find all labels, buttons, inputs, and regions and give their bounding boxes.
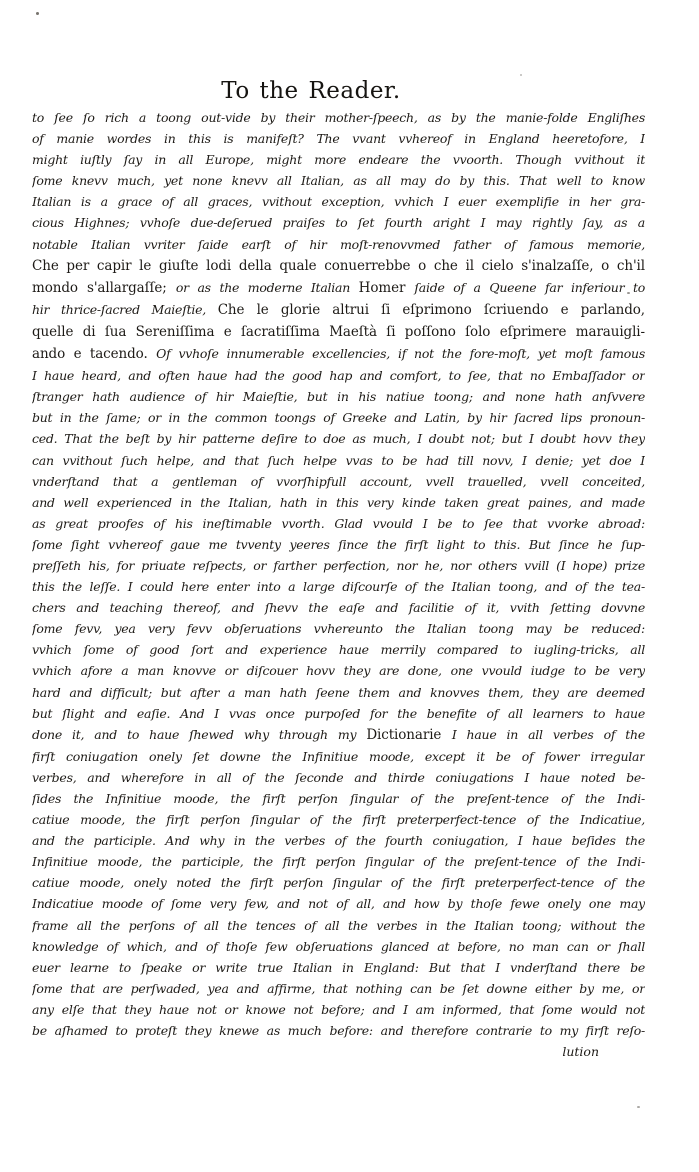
text-line: done it, and to haue ſhewed why through … (32, 724, 645, 746)
italic-text-segment: vvhich afore a man knovve or diſcouer ho… (32, 663, 645, 678)
text-line: knowledge of which, and of thoſe few obſ… (32, 936, 645, 957)
italic-text-segment: ſome ſight vvhereof gaue me tvventy yeer… (32, 537, 645, 552)
text-line: ſtranger hath audience of hir Maieſtie, … (32, 386, 645, 407)
italic-text-segment: Of vvhoſe innumerable excellencies, if n… (156, 346, 645, 361)
italic-text-segment: ced. That the beſt by hir patterne deſir… (32, 431, 645, 446)
text-line: Infinitiue moode, the participle, the fi… (32, 851, 645, 872)
italic-text-segment: catiue moode, onely noted the firſt perſ… (32, 875, 645, 890)
italic-text-segment: ſome knevv much, yet none knevv all Ital… (32, 173, 645, 188)
roman-text-segment: Homer (359, 280, 415, 296)
text-line: as great proofes of his ineſtimable vvor… (32, 513, 645, 534)
text-line: ſome knevv much, yet none knevv all Ital… (32, 170, 645, 191)
text-line: and well experienced in the Italian, hat… (32, 492, 645, 513)
text-line: ced. That the beſt by hir patterne deſir… (32, 428, 645, 449)
italic-text-segment: but in the ſame; or in the common toongs… (32, 410, 645, 425)
italic-text-segment: catiue moode, the firſt perſon ſingular … (32, 812, 645, 827)
italic-text-segment: frame all the perſons of all the tences … (32, 918, 645, 933)
text-line: any elſe that they haue not or knowe not… (32, 999, 645, 1020)
italic-text-segment: but ſlight and eaſie. And I vvas once pu… (32, 706, 645, 721)
italic-text-segment: firſt coniugation onely ſet downe the In… (32, 749, 645, 764)
text-line: euer learne to ſpeake or write true Ital… (32, 957, 645, 978)
text-line: preſſeth his, for priuate reſpects, or f… (32, 555, 645, 576)
text-line: ſome fevv, yea very fevv obſeruations vv… (32, 618, 645, 639)
text-line: ſome that are perſwaded, yea and affirme… (32, 978, 645, 999)
text-line: ſides the Infinitiue moode, the firſt pe… (32, 788, 645, 809)
text-line: Indicatiue moode of ſome very few, and n… (32, 893, 645, 914)
italic-text-segment: I haue in all verbes of the (452, 727, 645, 742)
scan-speck (637, 1106, 640, 1108)
italic-text-segment: ſaide of a Queene far inferiour to (414, 280, 645, 295)
italic-text-segment: verbes, and wherefore in all of the ſeco… (32, 770, 645, 785)
italic-text-segment: to ſee ſo rich a toong out-vide by their… (32, 110, 645, 125)
italic-text-segment: notable Italian vvriter ſaide earſt of h… (32, 237, 645, 252)
text-line: but ſlight and eaſie. And I vvas once pu… (32, 703, 645, 724)
italic-text-segment: cious Highnes; vvhoſe due-deſerued praiſ… (32, 215, 645, 230)
italic-text-segment: euer learne to ſpeake or write true Ital… (32, 960, 645, 975)
text-line: might iuſtly ſay in all Europe, might mo… (32, 149, 645, 170)
italic-text-segment: Indicatiue moode of ſome very few, and n… (32, 896, 645, 911)
italic-text-segment: of manie wordes in this is manifeſt? The… (32, 131, 645, 146)
italic-text-segment: preſſeth his, for priuate reſpects, or f… (32, 558, 645, 573)
roman-text-segment: Che per capir le giuſte lodi della quale… (32, 258, 645, 274)
roman-text-segment: mondo s'allargaſſe; (32, 280, 176, 296)
text-line: catiue moode, onely noted the firſt perſ… (32, 872, 645, 893)
text-line: but in the ſame; or in the common toongs… (32, 407, 645, 428)
text-line: firſt coniugation onely ſet downe the In… (32, 746, 645, 767)
italic-text-segment: chers and teaching thereof, and ſhevv th… (32, 600, 645, 615)
roman-text-segment: Che le glorie altrui ſi eſprimono ſcriue… (218, 302, 645, 318)
italic-text-segment: ſides the Infinitiue moode, the firſt pe… (32, 791, 645, 806)
text-line: notable Italian vvriter ſaide earſt of h… (32, 234, 645, 255)
italic-text-segment: Italian is a grace of all graces, vvitho… (32, 194, 645, 209)
text-line: mondo s'allargaſſe; or as the moderne It… (32, 277, 645, 299)
book-page-scan: To the Reader. to ſee ſo rich a toong ou… (0, 0, 699, 1172)
text-line: hard and difficult; but after a man hath… (32, 682, 645, 703)
text-line: hir thrice-ſacred Maieſtie, Che le glori… (32, 299, 645, 321)
italic-text-segment: Infinitiue moode, the participle, the fi… (32, 854, 645, 869)
italic-text-segment: vnderſtand that a gentleman of vvorſhipf… (32, 474, 645, 489)
catchword: lution (32, 1041, 645, 1062)
page-title: To the Reader. (0, 78, 622, 104)
italic-text-segment: ſtranger hath audience of hir Maieſtie, … (32, 389, 645, 404)
text-line: Italian is a grace of all graces, vvitho… (32, 191, 645, 212)
italic-text-segment: and well experienced in the Italian, hat… (32, 495, 645, 510)
italic-text-segment: and the participle. And why in the verbe… (32, 833, 645, 848)
italic-text-segment: might iuſtly ſay in all Europe, might mo… (32, 152, 645, 167)
italic-text-segment: done it, and to haue ſhewed why through … (32, 727, 366, 742)
text-line: vvhich ſome of good ſort and experience … (32, 639, 645, 660)
italic-text-segment: or as the moderne Italian (176, 280, 359, 295)
text-line: be aſhamed to proteſt they knewe as much… (32, 1020, 645, 1041)
text-line: Che per capir le giuſte lodi della quale… (32, 255, 645, 277)
text-line: and the participle. And why in the verbe… (32, 830, 645, 851)
text-line: cious Highnes; vvhoſe due-deſerued praiſ… (32, 212, 645, 233)
text-line: this the leſſe. I could here enter into … (32, 576, 645, 597)
italic-text-segment: knowledge of which, and of thoſe few obſ… (32, 939, 645, 954)
italic-text-segment: be aſhamed to proteſt they knewe as much… (32, 1023, 645, 1038)
text-line: of manie wordes in this is manifeſt? The… (32, 128, 645, 149)
italic-text-segment: ſome that are perſwaded, yea and affirme… (32, 981, 645, 996)
text-line: I haue heard, and often haue had the goo… (32, 365, 645, 386)
roman-text-segment: Dictionarie (366, 727, 451, 743)
roman-text-segment: ando e tacendo. (32, 346, 156, 362)
scan-speck (520, 74, 522, 76)
text-block: to ſee ſo rich a toong out-vide by their… (32, 107, 645, 1062)
italic-text-segment: can vvithout ſuch helpe, and that ſuch h… (32, 453, 645, 468)
text-line: vvhich afore a man knovve or diſcouer ho… (32, 660, 645, 681)
text-line: ando e tacendo. Of vvhoſe innumerable ex… (32, 343, 645, 365)
text-line: catiue moode, the firſt perſon ſingular … (32, 809, 645, 830)
italic-text-segment: I haue heard, and often haue had the goo… (32, 368, 645, 383)
italic-text-segment: this the leſſe. I could here enter into … (32, 579, 645, 594)
text-line: quelle di ſua Sereniſſima e ſacratiſſima… (32, 321, 645, 343)
scan-speck (36, 12, 39, 15)
text-line: frame all the perſons of all the tences … (32, 915, 645, 936)
italic-text-segment: hard and difficult; but after a man hath… (32, 685, 645, 700)
text-line: ſome ſight vvhereof gaue me tvventy yeer… (32, 534, 645, 555)
italic-text-segment: hir thrice-ſacred Maieſtie, (32, 302, 218, 317)
italic-text-segment: vvhich ſome of good ſort and experience … (32, 642, 645, 657)
italic-text-segment: ſome fevv, yea very fevv obſeruations vv… (32, 621, 645, 636)
italic-text-segment: any elſe that they haue not or knowe not… (32, 1002, 645, 1017)
roman-text-segment: quelle di ſua Sereniſſima e ſacratiſſima… (32, 324, 645, 340)
italic-text-segment: as great proofes of his ineſtimable vvor… (32, 516, 645, 531)
text-line: can vvithout ſuch helpe, and that ſuch h… (32, 450, 645, 471)
text-line: to ſee ſo rich a toong out-vide by their… (32, 107, 645, 128)
text-line: vnderſtand that a gentleman of vvorſhipf… (32, 471, 645, 492)
text-line: chers and teaching thereof, and ſhevv th… (32, 597, 645, 618)
text-line: verbes, and wherefore in all of the ſeco… (32, 767, 645, 788)
